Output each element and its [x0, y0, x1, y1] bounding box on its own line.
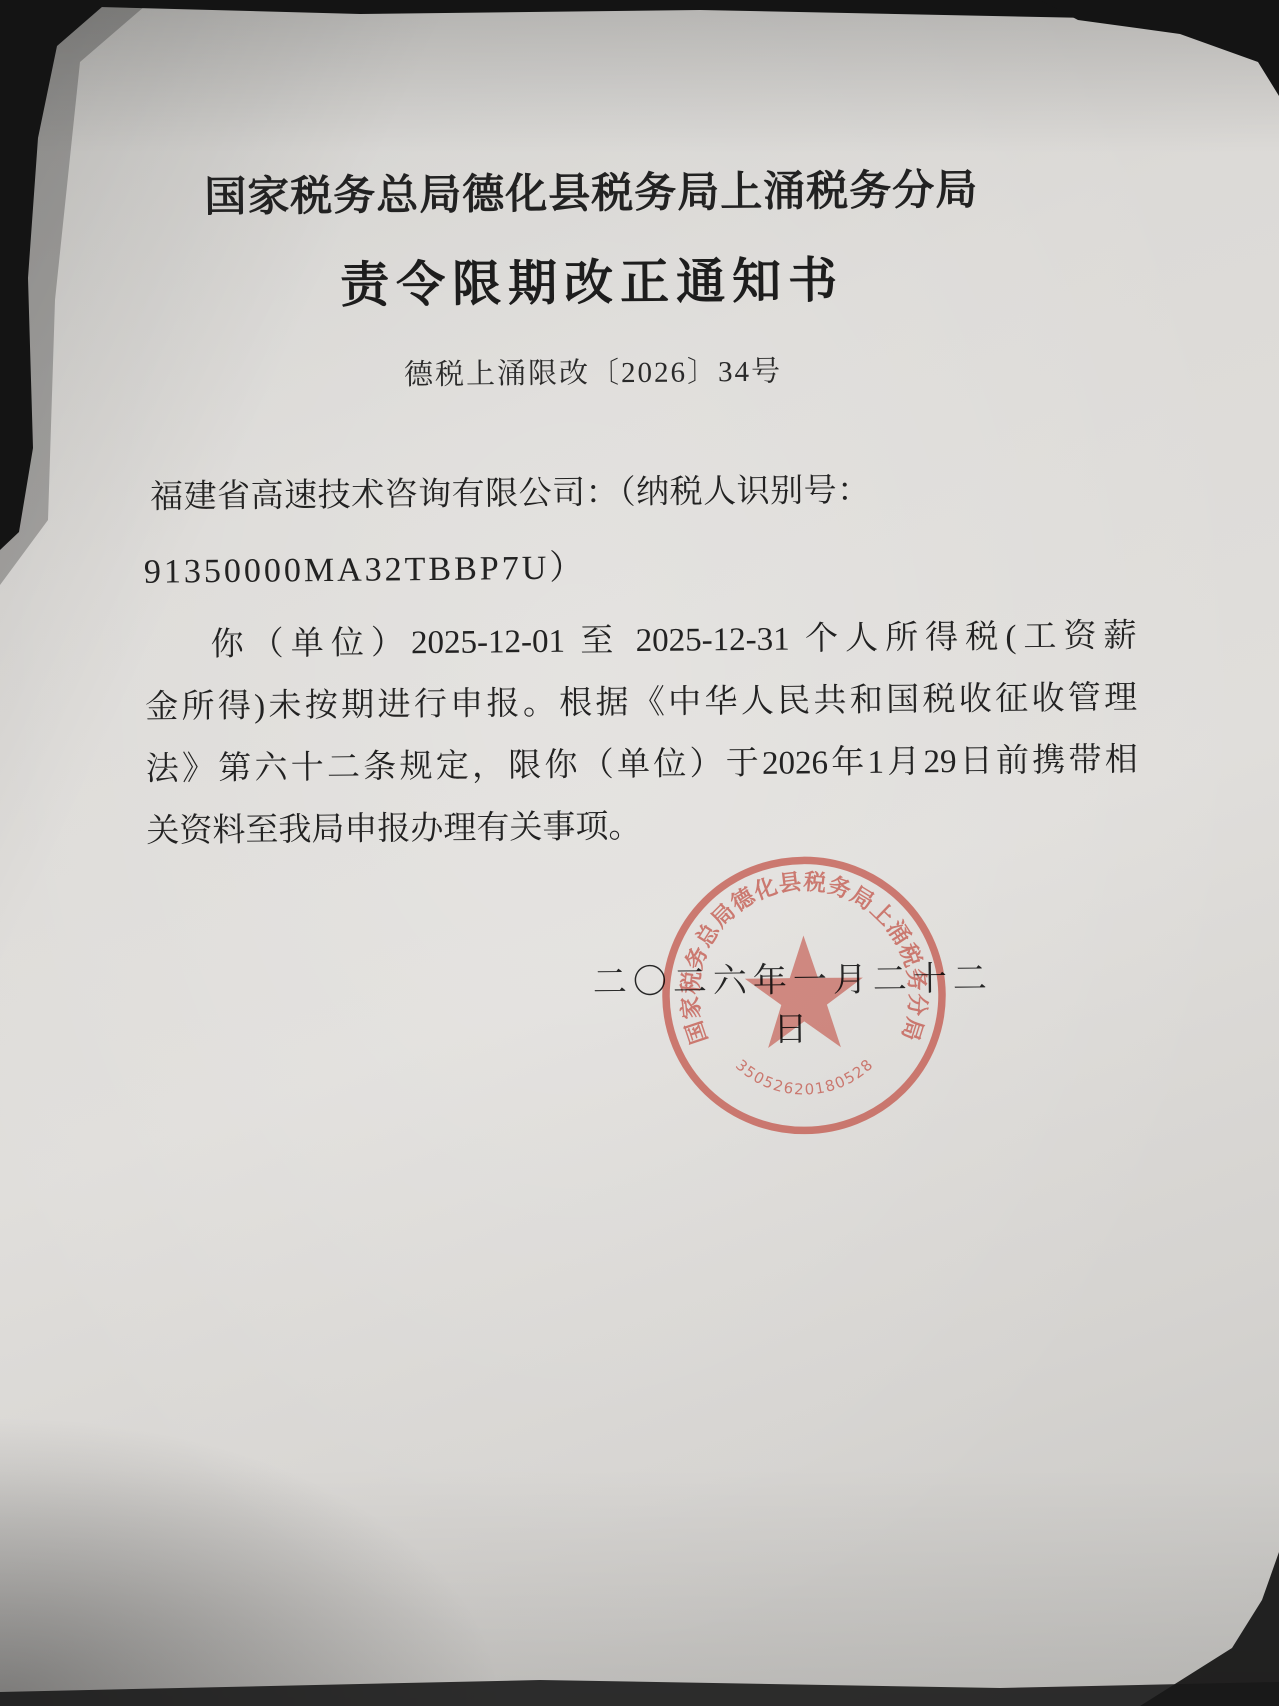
- body-line: 金所得)未按期进行申报。根据《中华人民共和国税收征收管理: [145, 667, 1138, 739]
- official-seal-stamp: 国家税务总局德化县税务局上涌税务分局 35052620180528: [647, 847, 962, 1145]
- document-content: 国家税务总局德化县税务局上涌税务分局 责令限期改正通知书 德税上涌限改〔2026…: [0, 0, 1279, 1706]
- star-icon: [744, 935, 863, 1048]
- recipient-line: 福建省高速技术咨询有限公司：（纳税人识别号：: [150, 461, 1160, 518]
- body-line: 你（单位）2025-12-01 至 2025-12-31 个人所得税(工资薪: [144, 605, 1137, 677]
- photo-frame: 国家税务总局德化县税务局上涌税务分局 责令限期改正通知书 德税上涌限改〔2026…: [0, 0, 1279, 1706]
- body-line: 关资料至我局申报办理有关事项。: [146, 791, 1139, 863]
- agency-title: 国家税务总局德化县税务局上涌税务分局: [0, 155, 1188, 226]
- taxpayer-id: 91350000MA32TBBP7U）: [144, 537, 844, 593]
- document-title: 责令限期改正通知书: [0, 239, 1188, 320]
- body-paragraph: 你（单位）2025-12-01 至 2025-12-31 个人所得税(工资薪 金…: [144, 605, 1138, 863]
- seal-serial-number: 35052620180528: [732, 1055, 878, 1100]
- document-number: 德税上涌限改〔2026〕34号: [0, 345, 1189, 397]
- body-line: 法》第六十二条规定，限你（单位）于2026年1月29日前携带相: [146, 729, 1139, 801]
